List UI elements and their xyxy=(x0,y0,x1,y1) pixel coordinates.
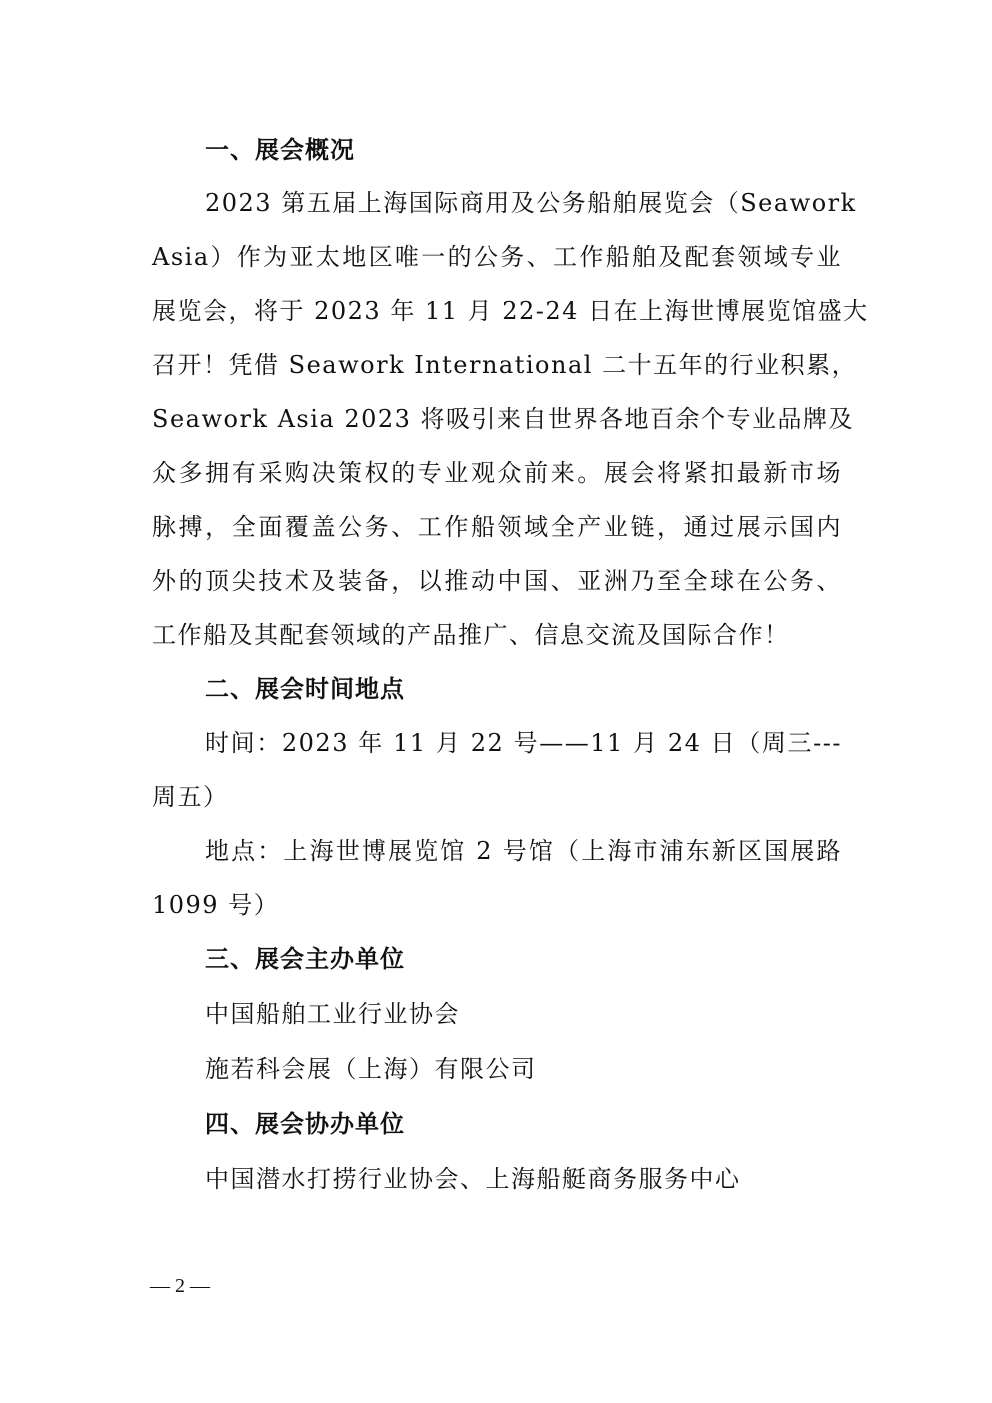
section-heading-co-organizers: 四、展会协办单位 xyxy=(205,1108,842,1140)
document-page: 一、展会概况 2023 第五届上海国际商用及公务船舶展览会（Seawork As… xyxy=(0,0,992,1403)
paragraph-line: 外的顶尖技术及装备，以推动中国、亚洲乃至全球在公务、 xyxy=(152,565,842,597)
paragraph-line: 召开！凭借 Seawork International 二十五年的行业积累， xyxy=(152,349,842,381)
paragraph-line: 2023 第五届上海国际商用及公务船舶展览会（Seawork xyxy=(205,187,842,219)
section-heading-time-location: 二、展会时间地点 xyxy=(205,673,842,705)
section-heading-overview: 一、展会概况 xyxy=(205,134,842,166)
time-line-continued: 周五） xyxy=(152,781,842,813)
section-heading-organizers: 三、展会主办单位 xyxy=(205,943,842,975)
co-organizer-item: 中国潜水打捞行业协会、上海船艇商务服务中心 xyxy=(205,1163,842,1195)
paragraph-line: Seawork Asia 2023 将吸引来自世界各地百余个专业品牌及 xyxy=(152,403,842,435)
paragraph-line: 脉搏，全面覆盖公务、工作船领域全产业链，通过展示国内 xyxy=(152,511,842,543)
paragraph-line: 工作船及其配套领域的产品推广、信息交流及国际合作！ xyxy=(152,619,842,651)
paragraph-line: 众多拥有采购决策权的专业观众前来。展会将紧扣最新市场 xyxy=(152,457,842,489)
time-line: 时间：2023 年 11 月 22 号——11 月 24 日（周三--- xyxy=(205,727,842,759)
organizer-item: 中国船舶工业行业协会 xyxy=(205,998,842,1030)
page-number: — 2 — xyxy=(150,1274,210,1298)
paragraph-line: 展览会，将于 2023 年 11 月 22-24 日在上海世博展览馆盛大 xyxy=(152,295,842,327)
paragraph-line: Asia）作为亚太地区唯一的公务、工作船舶及配套领域专业 xyxy=(152,241,842,273)
organizer-item: 施若科会展（上海）有限公司 xyxy=(205,1053,842,1085)
location-line-continued: 1099 号） xyxy=(152,889,842,921)
location-line: 地点：上海世博展览馆 2 号馆（上海市浦东新区国展路 xyxy=(205,835,842,867)
